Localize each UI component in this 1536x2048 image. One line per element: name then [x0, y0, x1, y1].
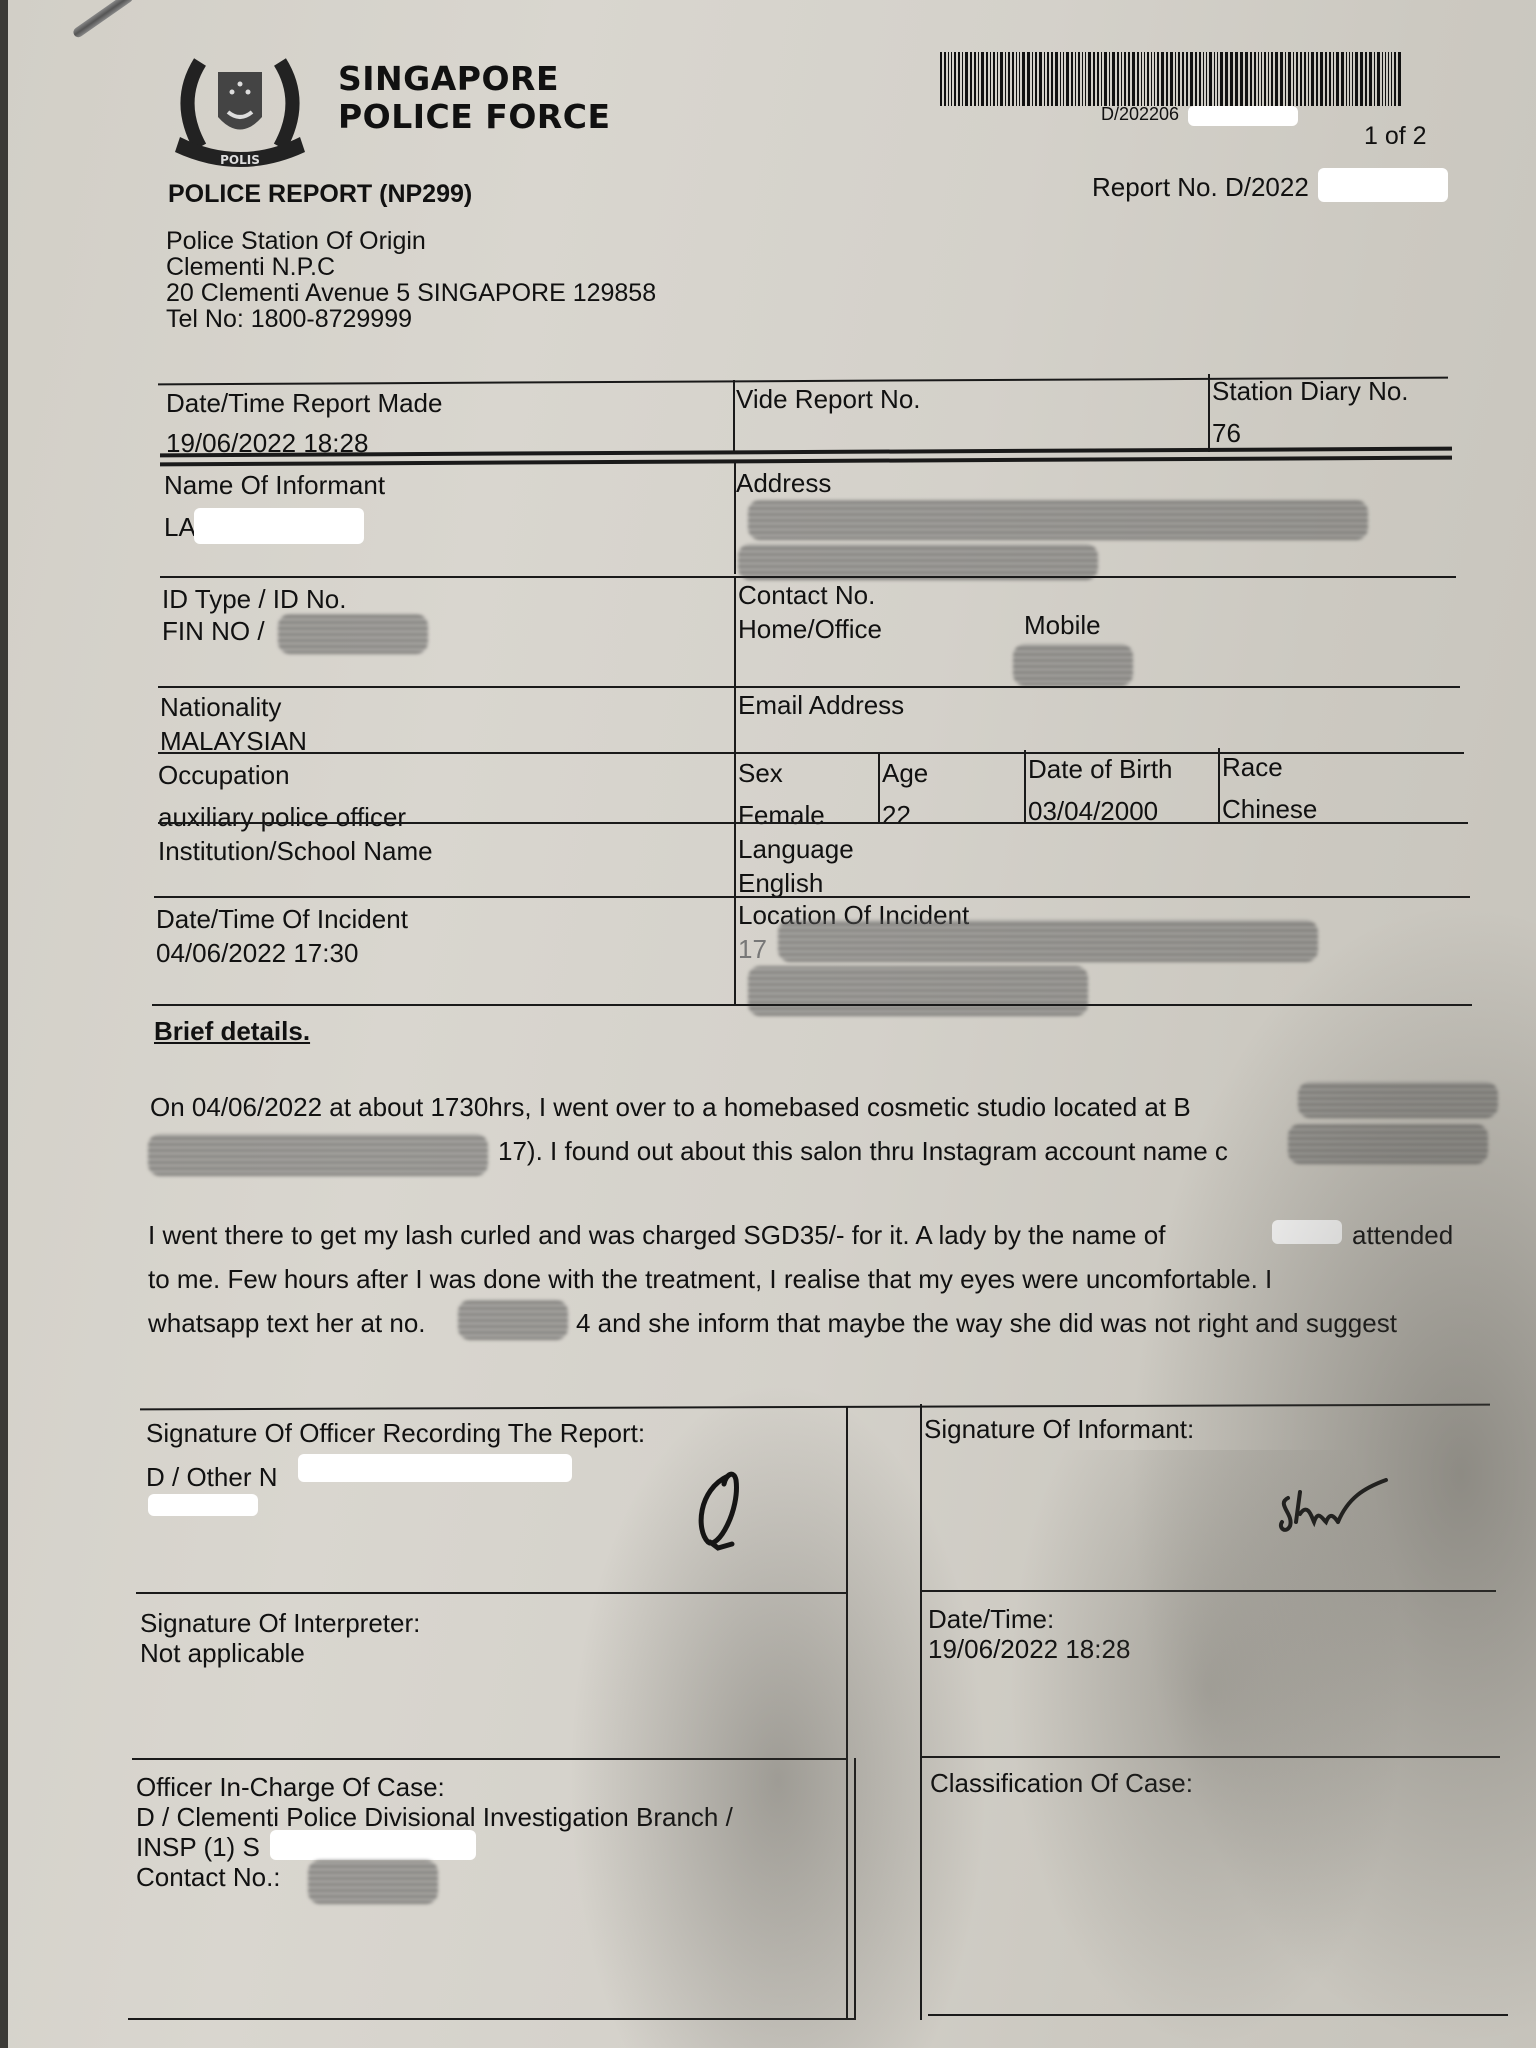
barcode-bar	[1012, 52, 1014, 106]
barcode-bar	[1217, 52, 1218, 106]
barcode-bar	[1128, 52, 1130, 106]
barcode-bar	[1085, 52, 1086, 106]
station-name: Clementi N.P.C	[166, 254, 656, 280]
org-line-2: POLICE FORCE	[338, 98, 611, 136]
barcode	[940, 52, 1438, 106]
barcode-bar	[1394, 52, 1396, 106]
value-oic-contact: Contact No.:	[136, 1862, 281, 1893]
barcode-bar	[1000, 52, 1003, 106]
barcode-bar	[1088, 52, 1091, 106]
barcode-bar	[974, 52, 976, 106]
label-sex: Sex	[738, 758, 783, 789]
value-id-type: FIN NO /	[162, 616, 265, 647]
barcode-bar	[1308, 52, 1309, 106]
barcode-bar	[1377, 52, 1380, 106]
redaction	[148, 1494, 258, 1516]
value-oic-name: INSP (1) S	[136, 1832, 260, 1863]
redaction	[1318, 168, 1448, 202]
barcode-bar	[981, 52, 984, 106]
barcode-bar	[1329, 52, 1331, 106]
table-border	[158, 822, 1468, 824]
value-name-of-informant: LA	[164, 512, 196, 543]
brief-details-heading: Brief details.	[154, 1016, 310, 1047]
barcode-bar	[1316, 52, 1318, 106]
barcode-bar	[1199, 52, 1201, 106]
redaction-smudge	[308, 1860, 438, 1904]
barcode-bar	[1280, 52, 1283, 106]
label-name-of-informant: Name Of Informant	[164, 470, 385, 501]
barcode-bar	[1151, 52, 1152, 106]
label-institution: Institution/School Name	[158, 836, 433, 867]
barcode-bar	[1109, 52, 1110, 106]
value-incident-datetime: 04/06/2022 17:30	[156, 938, 358, 969]
barcode-bar	[1206, 52, 1207, 106]
label-interpreter-signature: Signature Of Interpreter:	[140, 1608, 420, 1639]
barcode-bar	[1271, 52, 1273, 106]
barcode-bar	[1254, 52, 1256, 106]
org-line-1: SINGAPORE	[338, 60, 611, 98]
cell-divider	[734, 686, 736, 754]
label-date-time-report-made: Date/Time Report Made	[166, 388, 442, 419]
barcode-bar	[1063, 52, 1064, 106]
barcode-bar	[1186, 52, 1188, 106]
barcode-bar	[1039, 52, 1042, 106]
label-occupation: Occupation	[158, 760, 290, 791]
barcode-bar	[1112, 52, 1115, 106]
barcode-bar	[1044, 52, 1045, 106]
barcode-bar	[990, 52, 991, 106]
barcode-bar	[1060, 52, 1061, 106]
value-age: 22	[882, 800, 911, 831]
shadow-overlay	[568, 1380, 988, 2048]
barcode-bar	[1304, 52, 1306, 106]
barcode-bar	[944, 52, 946, 106]
barcode-bar	[1300, 52, 1302, 106]
barcode-bar	[1220, 52, 1223, 106]
barcode-bar	[1325, 52, 1327, 106]
barcode-bar	[1203, 52, 1204, 106]
brief-line-5: whatsapp text her at no.	[148, 1308, 426, 1339]
barcode-bar	[1027, 52, 1030, 106]
label-language: Language	[738, 834, 854, 865]
barcode-bar	[1261, 52, 1262, 106]
barcode-bar	[1346, 52, 1347, 106]
organization-name: SINGAPORE POLICE FORCE	[338, 60, 611, 136]
value-interpreter: Not applicable	[140, 1638, 305, 1669]
barcode-bar	[1195, 52, 1197, 106]
barcode-bar	[1391, 52, 1392, 106]
table-border	[160, 576, 1456, 578]
barcode-bar	[1170, 52, 1173, 106]
barcode-bar	[1320, 52, 1323, 106]
redaction-smudge	[458, 1300, 568, 1340]
label-race: Race	[1222, 752, 1283, 783]
redaction	[194, 508, 364, 544]
barcode-bar	[1336, 52, 1339, 106]
label-age: Age	[882, 758, 928, 789]
cell-divider	[878, 752, 880, 824]
barcode-bar	[1141, 52, 1142, 106]
report-number: Report No. D/2022	[1092, 172, 1309, 203]
barcode-bar	[1121, 52, 1122, 106]
redaction-smudge	[278, 614, 428, 654]
barcode-bar	[1016, 52, 1017, 106]
brief-line-1: On 04/06/2022 at about 1730hrs, I went o…	[150, 1092, 1191, 1123]
station-of-origin: Police Station Of Origin Clementi N.P.C …	[166, 228, 656, 332]
barcode-bar	[1161, 52, 1164, 106]
barcode-bar	[965, 52, 968, 106]
barcode-bar	[1124, 52, 1126, 106]
page-indicator: 1 of 2	[1364, 122, 1427, 151]
value-race: Chinese	[1222, 794, 1317, 825]
barcode-bar	[1258, 52, 1259, 106]
police-crest-logo: POLIS	[170, 42, 310, 178]
value-occupation: auxiliary police officer	[158, 802, 406, 833]
barcode-bar	[1369, 52, 1372, 106]
barcode-bar	[1147, 52, 1149, 106]
barcode-bar	[1275, 52, 1278, 106]
redaction	[270, 1830, 476, 1860]
barcode-bar	[954, 52, 956, 106]
barcode-bar	[1157, 52, 1159, 106]
barcode-bar	[1388, 52, 1389, 106]
redaction	[298, 1454, 572, 1482]
brief-line-2: 17). I found out about this salon thru I…	[498, 1136, 1228, 1167]
barcode-bar	[1019, 52, 1020, 106]
value-station-diary-no: 76	[1212, 418, 1241, 449]
redaction-smudge	[1013, 644, 1133, 686]
barcode-bar	[1296, 52, 1298, 106]
barcode-bar	[1374, 52, 1375, 106]
label-nationality: Nationality	[160, 692, 281, 723]
barcode-bar	[948, 52, 949, 106]
value-officer-name: D / Other N	[146, 1462, 277, 1493]
barcode-bar	[1097, 52, 1099, 106]
cell-divider	[734, 896, 736, 1006]
barcode-bar	[1154, 52, 1155, 106]
barcode-bar	[1311, 52, 1314, 106]
redaction	[1188, 106, 1298, 126]
label-address: Address	[736, 468, 831, 499]
barcode-bar	[1078, 52, 1080, 106]
label-contact-no: Contact No.	[738, 580, 875, 611]
value-language: English	[738, 868, 823, 899]
barcode-bar	[1333, 52, 1334, 106]
barcode-bar	[1082, 52, 1083, 106]
barcode-bar	[1214, 52, 1215, 106]
label-date-of-birth: Date of Birth	[1028, 754, 1173, 785]
label-officer-in-charge: Officer In-Charge Of Case:	[136, 1772, 445, 1803]
barcode-bar	[1285, 52, 1286, 106]
barcode-bar	[1382, 52, 1383, 106]
barcode-bar	[1032, 52, 1033, 106]
table-border	[154, 896, 1470, 898]
barcode-bar	[1225, 52, 1228, 106]
barcode-bar	[1245, 52, 1248, 106]
barcode-bar	[1035, 52, 1037, 106]
barcode-bar	[1175, 52, 1176, 106]
barcode-bar	[1268, 52, 1269, 106]
barcode-bar	[1137, 52, 1139, 106]
barcode-bar	[1250, 52, 1252, 106]
label-station-diary-no: Station Diary No.	[1212, 376, 1409, 407]
police-report-page: POLIS SINGAPORE POLICE FORCE POLICE REPO…	[8, 0, 1536, 2048]
barcode-bar	[1066, 52, 1069, 106]
barcode-bar	[958, 52, 960, 106]
cell-divider	[1024, 750, 1026, 824]
barcode-bar	[1022, 52, 1025, 106]
redaction-smudge	[748, 500, 1368, 540]
barcode-bar	[1398, 52, 1401, 106]
barcode-bar	[1365, 52, 1367, 106]
table-border	[158, 686, 1460, 688]
label-email-address: Email Address	[738, 690, 904, 721]
value-incident-location: 17	[738, 934, 767, 965]
barcode-bar	[993, 52, 995, 106]
barcode-bar	[1349, 52, 1350, 106]
value-sex: Female	[738, 800, 825, 831]
barcode-bar	[970, 52, 972, 106]
barcode-bar	[1047, 52, 1049, 106]
form-title: POLICE REPORT (NP299)	[168, 180, 472, 209]
cell-divider	[734, 752, 736, 824]
barcode-text: D/202206	[1101, 104, 1179, 125]
svg-text:POLIS: POLIS	[220, 153, 260, 167]
barcode-bar	[940, 52, 942, 106]
barcode-bar	[1144, 52, 1145, 106]
barcode-bar	[978, 52, 979, 106]
barcode-bar	[1240, 52, 1243, 106]
barcode-bar	[1352, 52, 1353, 106]
barcode-bar	[1101, 52, 1102, 106]
station-tel: Tel No: 1800-8729999	[166, 306, 656, 332]
barcode-bar	[951, 52, 952, 106]
redaction-smudge	[148, 1134, 488, 1176]
label-mobile: Mobile	[1024, 610, 1101, 641]
pen-tip	[71, 0, 134, 39]
barcode-bar	[1051, 52, 1053, 106]
barcode-bar	[1209, 52, 1212, 106]
label-home-office: Home/Office	[738, 614, 882, 645]
barcode-bar	[997, 52, 998, 106]
brief-line-4: to me. Few hours after I was done with t…	[148, 1264, 1272, 1295]
barcode-bar	[1178, 52, 1180, 106]
barcode-bar	[1071, 52, 1073, 106]
barcode-bar	[1341, 52, 1344, 106]
barcode-bar	[1264, 52, 1266, 106]
barcode-bar	[1293, 52, 1294, 106]
barcode-bar	[1117, 52, 1119, 106]
barcode-bar	[1093, 52, 1095, 106]
barcode-bar	[1008, 52, 1010, 106]
barcode-bar	[986, 52, 988, 106]
cell-divider	[1208, 374, 1210, 452]
label-incident-datetime: Date/Time Of Incident	[156, 904, 408, 935]
station-address: 20 Clementi Avenue 5 SINGAPORE 129858	[166, 280, 656, 306]
barcode-bar	[1230, 52, 1233, 106]
cell-divider	[734, 576, 736, 686]
barcode-bar	[1055, 52, 1058, 106]
barcode-bar	[1385, 52, 1386, 106]
shadow-overlay	[1008, 1450, 1408, 2048]
barcode-bar	[1075, 52, 1076, 106]
barcode-bar	[1190, 52, 1193, 106]
redaction-smudge	[738, 544, 1098, 580]
barcode-bar	[1355, 52, 1358, 106]
cell-divider	[734, 822, 736, 896]
barcode-bar	[1360, 52, 1363, 106]
brief-line-3: I went there to get my lash curled and w…	[148, 1220, 1165, 1251]
redaction-smudge	[748, 966, 1088, 1016]
barcode-bar	[1104, 52, 1107, 106]
cell-divider	[1218, 748, 1220, 824]
barcode-bar	[1132, 52, 1135, 106]
barcode-bar	[1005, 52, 1006, 106]
label-vide-report-no: Vide Report No.	[736, 384, 921, 415]
barcode-bar	[1288, 52, 1291, 106]
barcode-bar	[1235, 52, 1238, 106]
barcode-bar	[1166, 52, 1168, 106]
cell-divider	[733, 380, 735, 454]
station-label: Police Station Of Origin	[166, 228, 656, 254]
barcode-bar	[962, 52, 963, 106]
label-id-type: ID Type / ID No.	[162, 584, 346, 615]
barcode-bar	[1182, 52, 1184, 106]
